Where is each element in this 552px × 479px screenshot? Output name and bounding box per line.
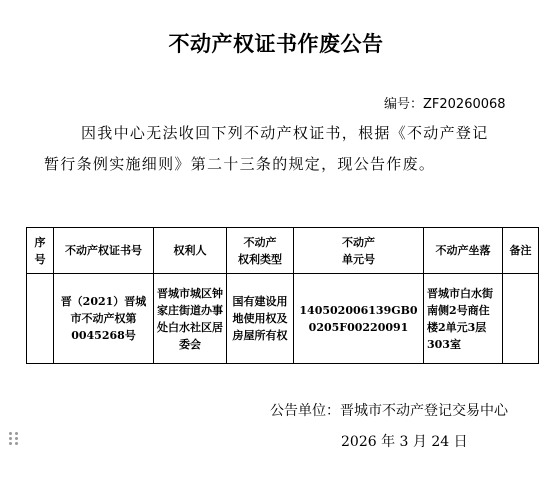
header-unit-no: 不动产 单元号 bbox=[294, 228, 424, 274]
cell-remark bbox=[503, 274, 539, 364]
header-right-type: 不动产 权利类型 bbox=[227, 228, 294, 274]
header-text: 号 bbox=[30, 251, 50, 268]
header-cert-no: 不动产权证书号 bbox=[54, 228, 154, 274]
header-text: 权利类型 bbox=[230, 251, 290, 268]
header-text: 不动产 bbox=[230, 234, 290, 251]
header-holder: 权利人 bbox=[154, 228, 227, 274]
cell-cert-no: 晋（2021）晋城市不动产权第0045268号 bbox=[54, 274, 154, 364]
cell-index bbox=[27, 274, 54, 364]
cell-location: 晋城市白水街南侧2号商住楼2单元3层303室 bbox=[424, 274, 503, 364]
cell-unit-no: 140502006139GB00205F00220091 bbox=[294, 274, 424, 364]
header-text: 单元号 bbox=[297, 251, 420, 268]
drag-handle-icon[interactable] bbox=[9, 432, 19, 446]
header-text: 不动产 bbox=[297, 234, 420, 251]
header-remark: 备注 bbox=[503, 228, 539, 274]
table-row: 晋（2021）晋城市不动产权第0045268号 晋城市城区钟家庄街道办事处白水社… bbox=[27, 274, 539, 364]
header-location: 不动产坐落 bbox=[424, 228, 503, 274]
certificate-table: 序 号 不动产权证书号 权利人 不动产 权利类型 不动产 单元号 不动产坐落 备… bbox=[26, 227, 539, 364]
cell-holder: 晋城市城区钟家庄街道办事处白水社区居委会 bbox=[154, 274, 227, 364]
body-line-2: 暂行条例实施细则》第二十三条的规定，现公告作废。 bbox=[44, 149, 524, 180]
document-number: 编号：ZF20260068 bbox=[384, 93, 506, 112]
table-header-row: 序 号 不动产权证书号 权利人 不动产 权利类型 不动产 单元号 不动产坐落 备… bbox=[27, 228, 539, 274]
cell-right-type: 国有建设用地使用权及房屋所有权 bbox=[227, 274, 294, 364]
body-line-1: 因我中心无法收回下列不动产权证书，根据《不动产登记 bbox=[44, 118, 524, 149]
announcement-date: 2026 年 3 月 24 日 bbox=[341, 431, 468, 451]
announcement-body: 因我中心无法收回下列不动产权证书，根据《不动产登记 暂行条例实施细则》第二十三条… bbox=[44, 118, 524, 180]
header-index: 序 号 bbox=[27, 228, 54, 274]
header-text: 序 bbox=[30, 234, 50, 251]
issuing-unit: 公告单位：晋城市不动产登记交易中心 bbox=[270, 400, 508, 420]
page-title: 不动产权证书作废公告 bbox=[0, 28, 552, 58]
